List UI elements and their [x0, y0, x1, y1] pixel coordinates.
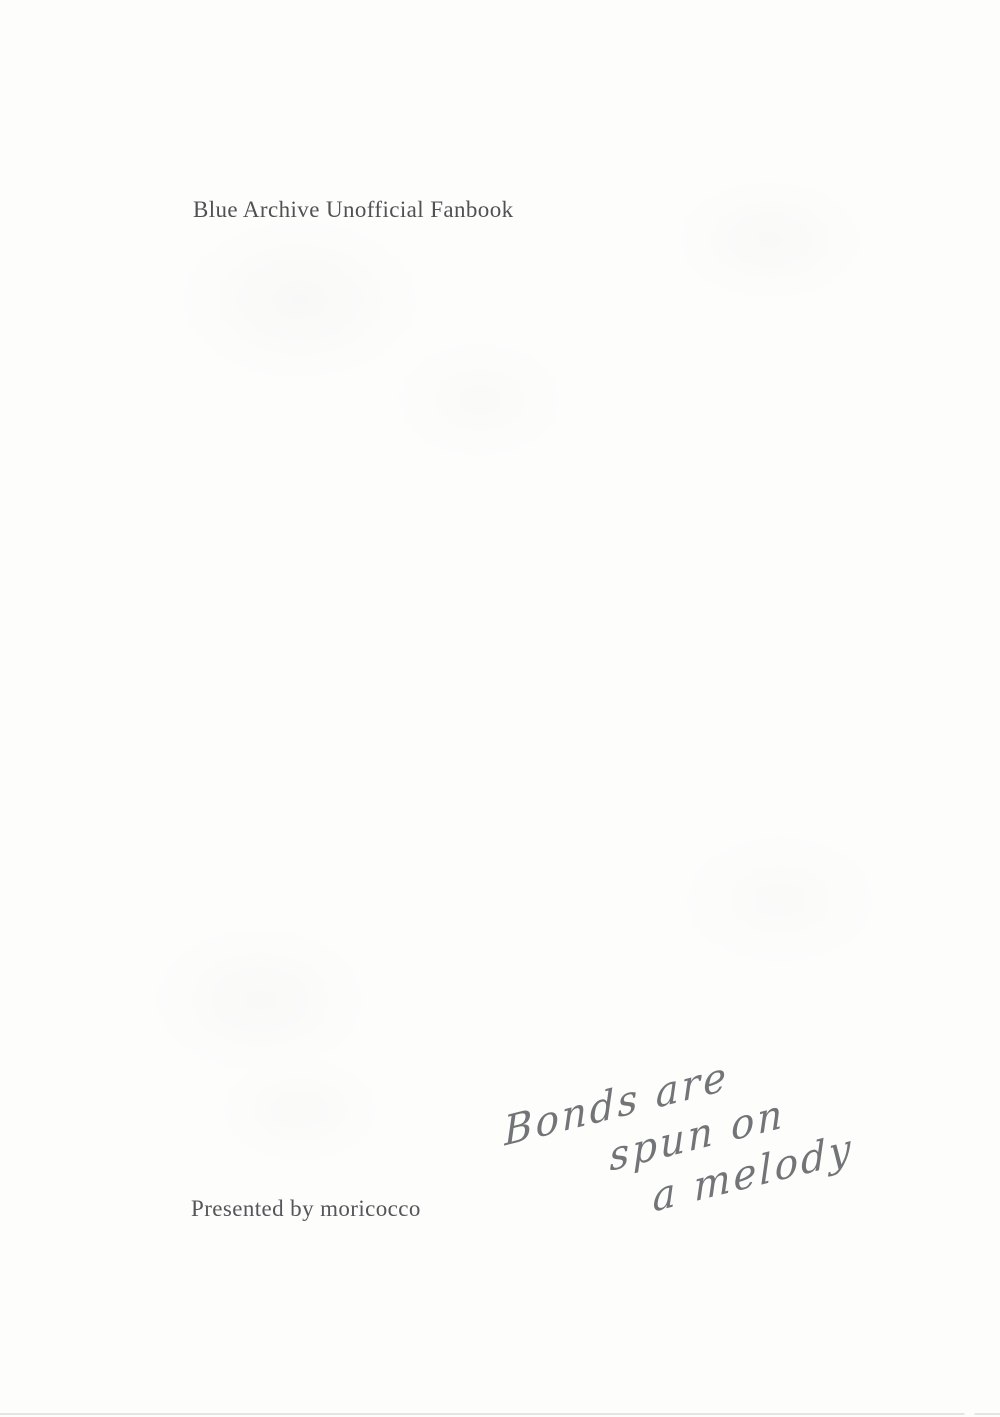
scan-edge-line — [0, 1413, 1000, 1415]
credit-line: Presented by moricocco — [191, 1196, 421, 1222]
scanned-fanbook-title-page: Blue Archive Unofficial Fanbook Bonds ar… — [0, 0, 1000, 1417]
book-title: Blue Archive Unofficial Fanbook — [193, 197, 514, 223]
handwritten-signature: Bonds are spun on a melody — [498, 1027, 860, 1254]
